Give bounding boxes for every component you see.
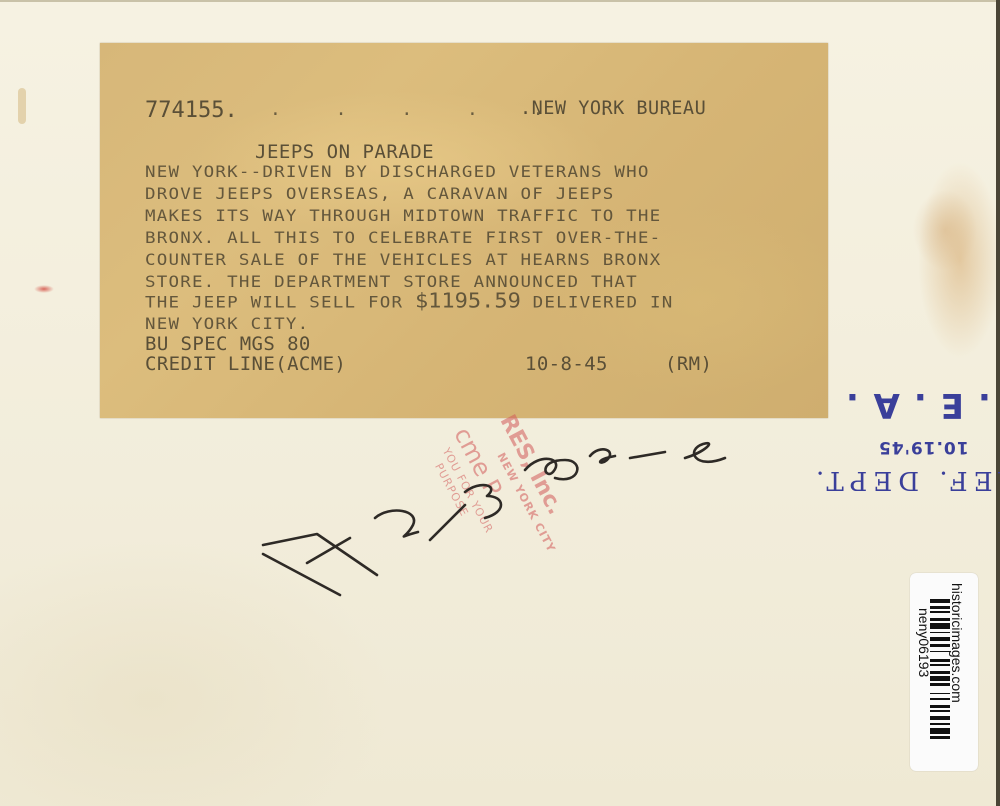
body-line: STORE. THE DEPARTMENT STORE ANNOUNCED TH… [145,273,638,291]
serial-number: 774155. [145,98,238,123]
headline: JEEPS ON PARADE [255,141,434,163]
price-line: THE JEEP WILL SELL FOR $1195.59 DELIVERE… [145,293,673,312]
price-line-after: DELIVERED IN [521,294,674,312]
nea-ref-dept-stamp: REF. DEPT. 10.19'45 N.E.A. [820,385,1000,515]
paper-edge-top [0,0,1000,2]
price: $1195.59 [415,290,521,313]
body-line: COUNTER SALE OF THE VEHICLES AT HEARNS B… [145,251,661,269]
caption-slip: 774155. . . . . . . . .NEW YORK BUREAU J… [100,43,828,418]
body-line: NEW YORK--DRIVEN BY DISCHARGED VETERANS … [145,163,650,181]
city-line: NEW YORK CITY. [145,315,309,333]
spec-line: BU SPEC MGS 80 [145,333,311,355]
body-line: DROVE JEEPS OVERSEAS, A CARAVAN OF JEEPS [145,185,614,203]
nea-dept-text: REF. DEPT. [810,465,1000,495]
nea-title-text: N.E.A. [832,385,1000,425]
barcode-icon [930,599,950,759]
handwritten-note: 7 2/3 ga--e [255,430,775,610]
red-spot [34,285,54,293]
price-line-before: THE JEEP WILL SELL FOR [145,294,415,312]
barcode-label: historicimages.com neny06193 [910,573,978,771]
body-line: MAKES ITS WAY THROUGH MIDTOWN TRAFFIC TO… [145,207,661,225]
bureau-label: .NEW YORK BUREAU [520,98,706,119]
stain-spot [18,88,26,124]
handwriting-strokes [255,430,775,610]
credit-line: CREDIT LINE(ACME) [145,353,346,375]
nea-date-text: 10.19'45 [878,437,969,457]
initials: (RM) [665,353,712,375]
label-id: neny06193 [916,608,932,677]
body-line: BRONX. ALL THIS TO CELEBRATE FIRST OVER-… [145,229,661,247]
label-site: historicimages.com [949,583,965,703]
